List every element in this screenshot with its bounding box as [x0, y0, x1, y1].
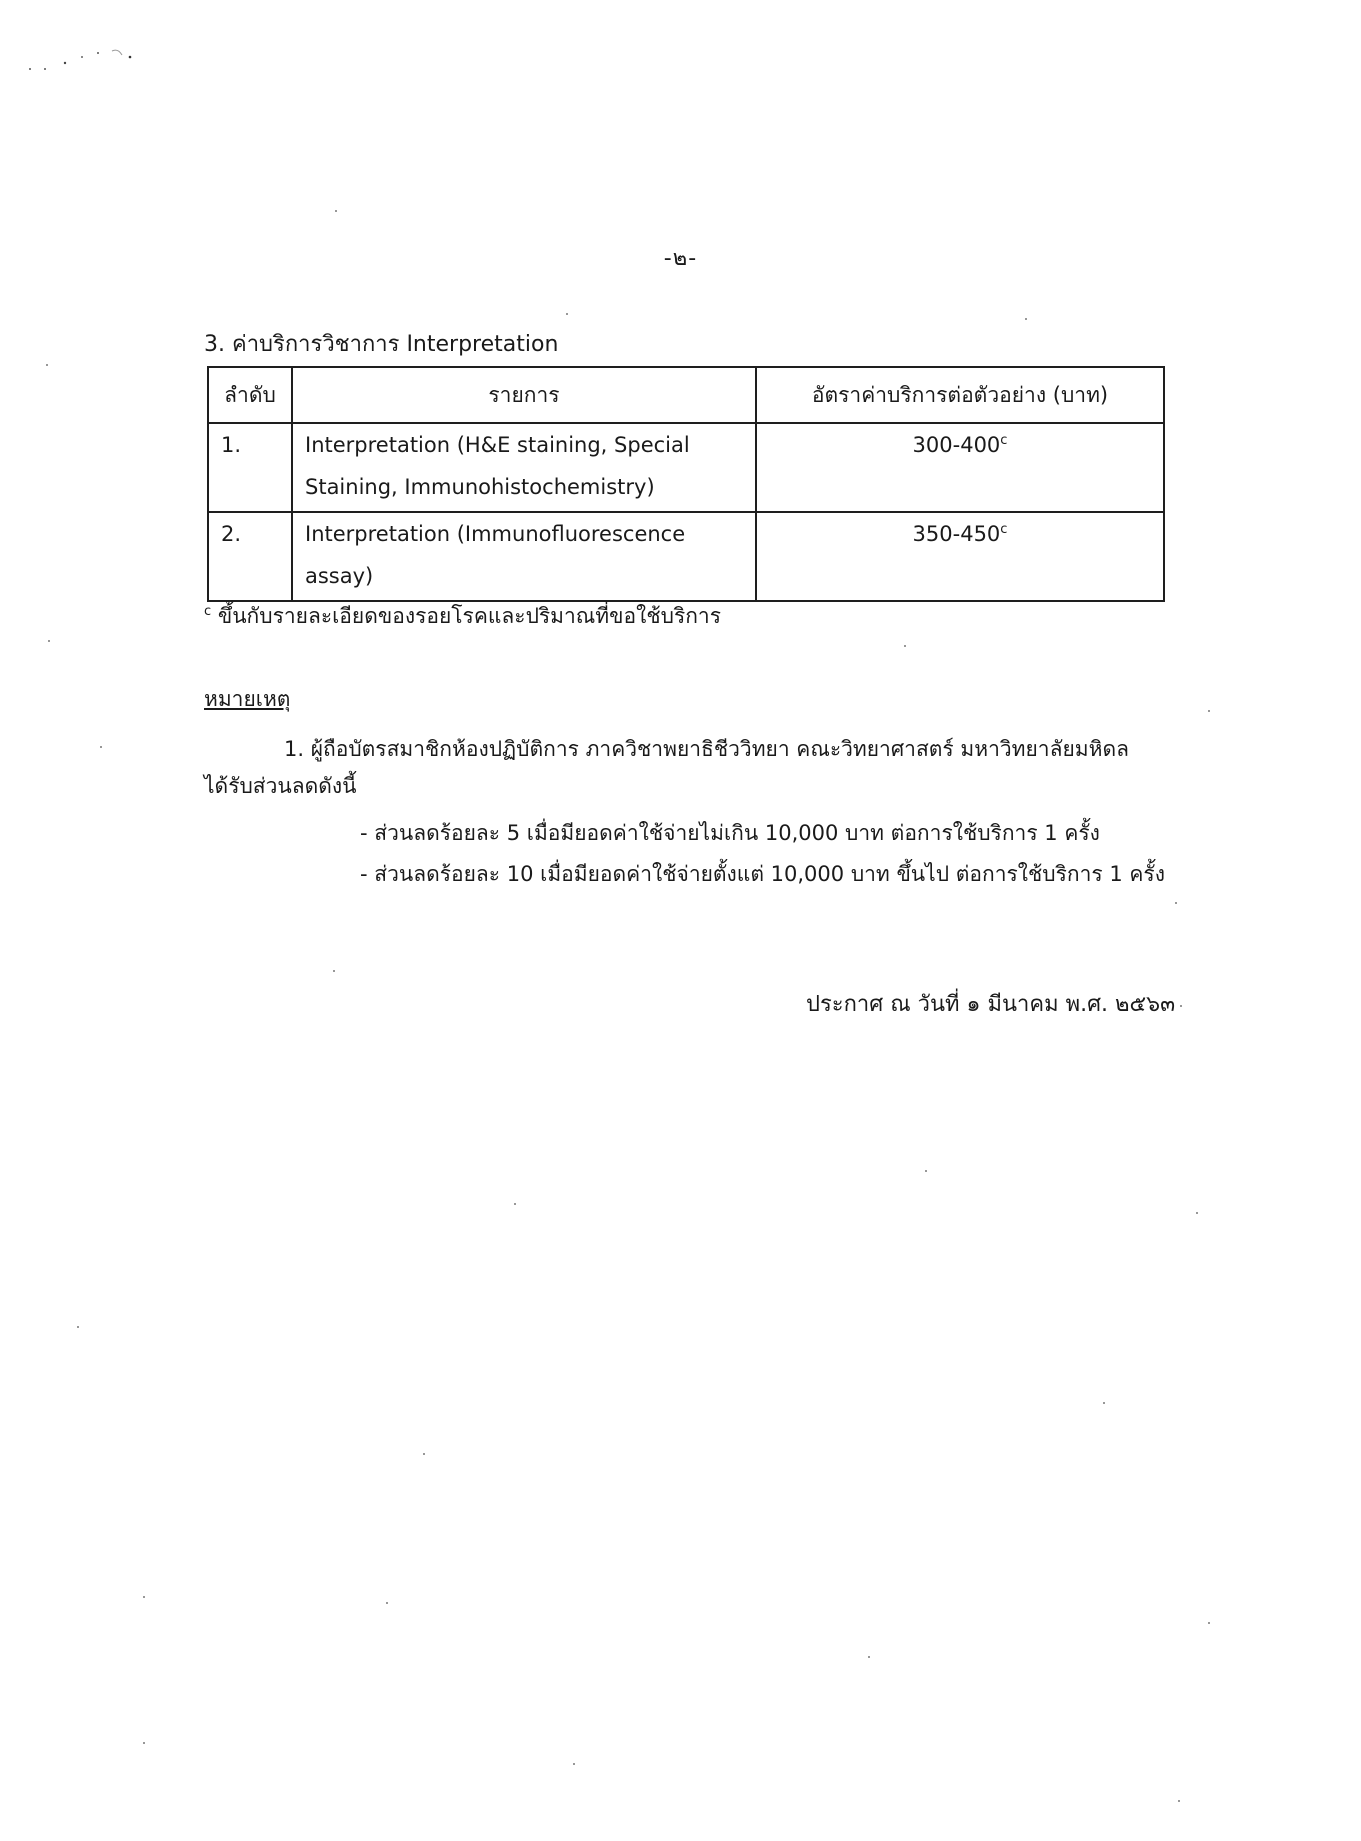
- scan-speck: [904, 645, 906, 647]
- price-value: 350-450: [913, 522, 1001, 546]
- header-item: รายการ: [292, 367, 756, 423]
- footnote-mark: c: [1000, 433, 1007, 448]
- scan-speck: [1025, 318, 1027, 320]
- scan-speck: [100, 746, 102, 748]
- table-row: 2. Interpretation (Immunofluorescence as…: [208, 512, 1164, 601]
- table-header-row: ลำดับ รายการ อัตราค่าบริการต่อตัวอย่าง (…: [208, 367, 1164, 423]
- scan-speck: [48, 640, 50, 642]
- row-item-line: Staining, Immunohistochemistry): [305, 466, 754, 508]
- note-item-1: 1. ผู้ถือบัตรสมาชิกห้องปฏิบัติการ ภาควิช…: [284, 733, 1129, 766]
- section-title: 3. ค่าบริการวิชาการ Interpretation: [204, 326, 558, 361]
- scan-speck: [333, 970, 335, 972]
- scan-speck: [1103, 1402, 1105, 1404]
- row-item-line: Interpretation (H&E staining, Special: [305, 424, 754, 466]
- discount-bullet: - ส่วนลดร้อยละ 5 เมื่อมียอดค่าใช้จ่ายไม่…: [360, 817, 1100, 850]
- scan-speck: [573, 1763, 575, 1765]
- table-footnote: c ขึ้นกับรายละเอียดของรอยโรคและปริมาณที่…: [204, 600, 721, 633]
- footnote-mark: c: [204, 604, 211, 619]
- scan-speck: [1208, 710, 1210, 712]
- scan-speck: [386, 1602, 388, 1604]
- discount-bullet: - ส่วนลดร้อยละ 10 เมื่อมียอดค่าใช้จ่ายตั…: [360, 858, 1165, 891]
- row-number: 1.: [208, 423, 292, 512]
- scan-speck: [1180, 1005, 1182, 1007]
- row-price: 300-400c: [756, 423, 1164, 512]
- scan-speck: [868, 1656, 870, 1658]
- row-item-line: assay): [305, 555, 754, 597]
- service-fee-table: ลำดับ รายการ อัตราค่าบริการต่อตัวอย่าง (…: [207, 366, 1165, 602]
- scan-speck: [1175, 902, 1177, 904]
- scan-speck: [143, 1742, 145, 1744]
- page-number: -๒-: [0, 240, 1361, 275]
- row-item: Interpretation (H&E staining, Special St…: [292, 423, 756, 512]
- price-value: 300-400: [913, 433, 1001, 457]
- scan-speck: [423, 1453, 425, 1455]
- row-price: 350-450c: [756, 512, 1164, 601]
- header-rate: อัตราค่าบริการต่อตัวอย่าง (บาท): [756, 367, 1164, 423]
- scan-speck: [566, 313, 568, 315]
- table-row: 1. Interpretation (H&E staining, Special…: [208, 423, 1164, 512]
- scanned-document-page: -๒- 3. ค่าบริการวิชาการ Interpretation ล…: [0, 0, 1361, 1841]
- scan-speck: [1208, 1622, 1210, 1624]
- notes-heading: หมายเหตุ: [204, 683, 290, 716]
- scan-speck: [925, 1170, 927, 1172]
- footnote-text: ขึ้นกับรายละเอียดของรอยโรคและปริมาณที่ขอ…: [218, 604, 721, 628]
- scan-speck: [143, 1596, 145, 1598]
- scan-speck: [46, 364, 48, 366]
- row-item-line: Interpretation (Immunofluorescence: [305, 513, 754, 555]
- row-number: 2.: [208, 512, 292, 601]
- scan-speck: [335, 210, 337, 212]
- scan-speck: [514, 1203, 516, 1205]
- announcement-date: ประกาศ ณ วันที่ ๑ มีนาคม พ.ศ. ๒๕๖๓: [806, 986, 1175, 1021]
- scan-speck: [1196, 1212, 1198, 1214]
- scan-speck: [1178, 1800, 1180, 1802]
- note-item-1-continued: ได้รับส่วนลดดังนี้: [204, 770, 357, 803]
- header-order: ลำดับ: [208, 367, 292, 423]
- scan-artifact-marks: [20, 45, 140, 75]
- footnote-mark: c: [1000, 522, 1007, 537]
- scan-speck: [77, 1326, 79, 1328]
- row-item: Interpretation (Immunofluorescence assay…: [292, 512, 756, 601]
